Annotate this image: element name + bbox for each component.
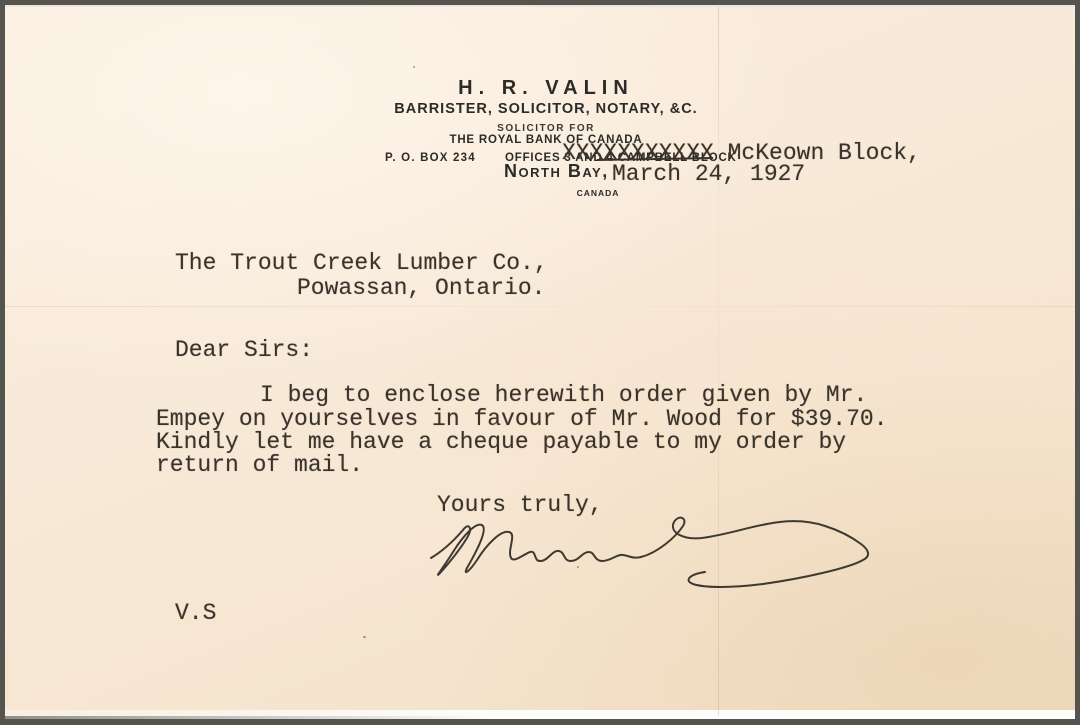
- body-text-line: I beg to enclose herewith order given by…: [260, 382, 867, 408]
- paper-speck: [363, 636, 366, 638]
- letterhead-po-box: P. O. BOX 234: [385, 152, 476, 164]
- scan-edge-highlight-top: [5, 5, 1075, 7]
- salutation: Dear Sirs:: [175, 337, 313, 363]
- horizontal-fold-crease: [5, 306, 1075, 307]
- recipient-name: The Trout Creek Lumber Co.,: [175, 250, 548, 276]
- body-text-line: return of mail.: [156, 452, 363, 478]
- letter-scan: H. R. VALIN BARRISTER, SOLICITOR, NOTARY…: [0, 0, 1080, 725]
- handwritten-signature: [425, 506, 890, 601]
- scan-edge-highlight-bottom: [5, 710, 1075, 719]
- recipient-location: Powassan, Ontario.: [297, 275, 545, 301]
- letterhead-name: H. R. VALIN: [12, 77, 1080, 100]
- typist-initials: V.S: [175, 600, 216, 626]
- letterhead-title-line: BARRISTER, SOLICITOR, NOTARY, &C.: [12, 101, 1080, 117]
- typed-date: March 24, 1927: [612, 161, 805, 187]
- paper-speck: [413, 66, 415, 68]
- letterhead-solicitor-for: SOLICITOR FOR: [12, 123, 1080, 134]
- letterhead-country: CANADA: [563, 188, 633, 198]
